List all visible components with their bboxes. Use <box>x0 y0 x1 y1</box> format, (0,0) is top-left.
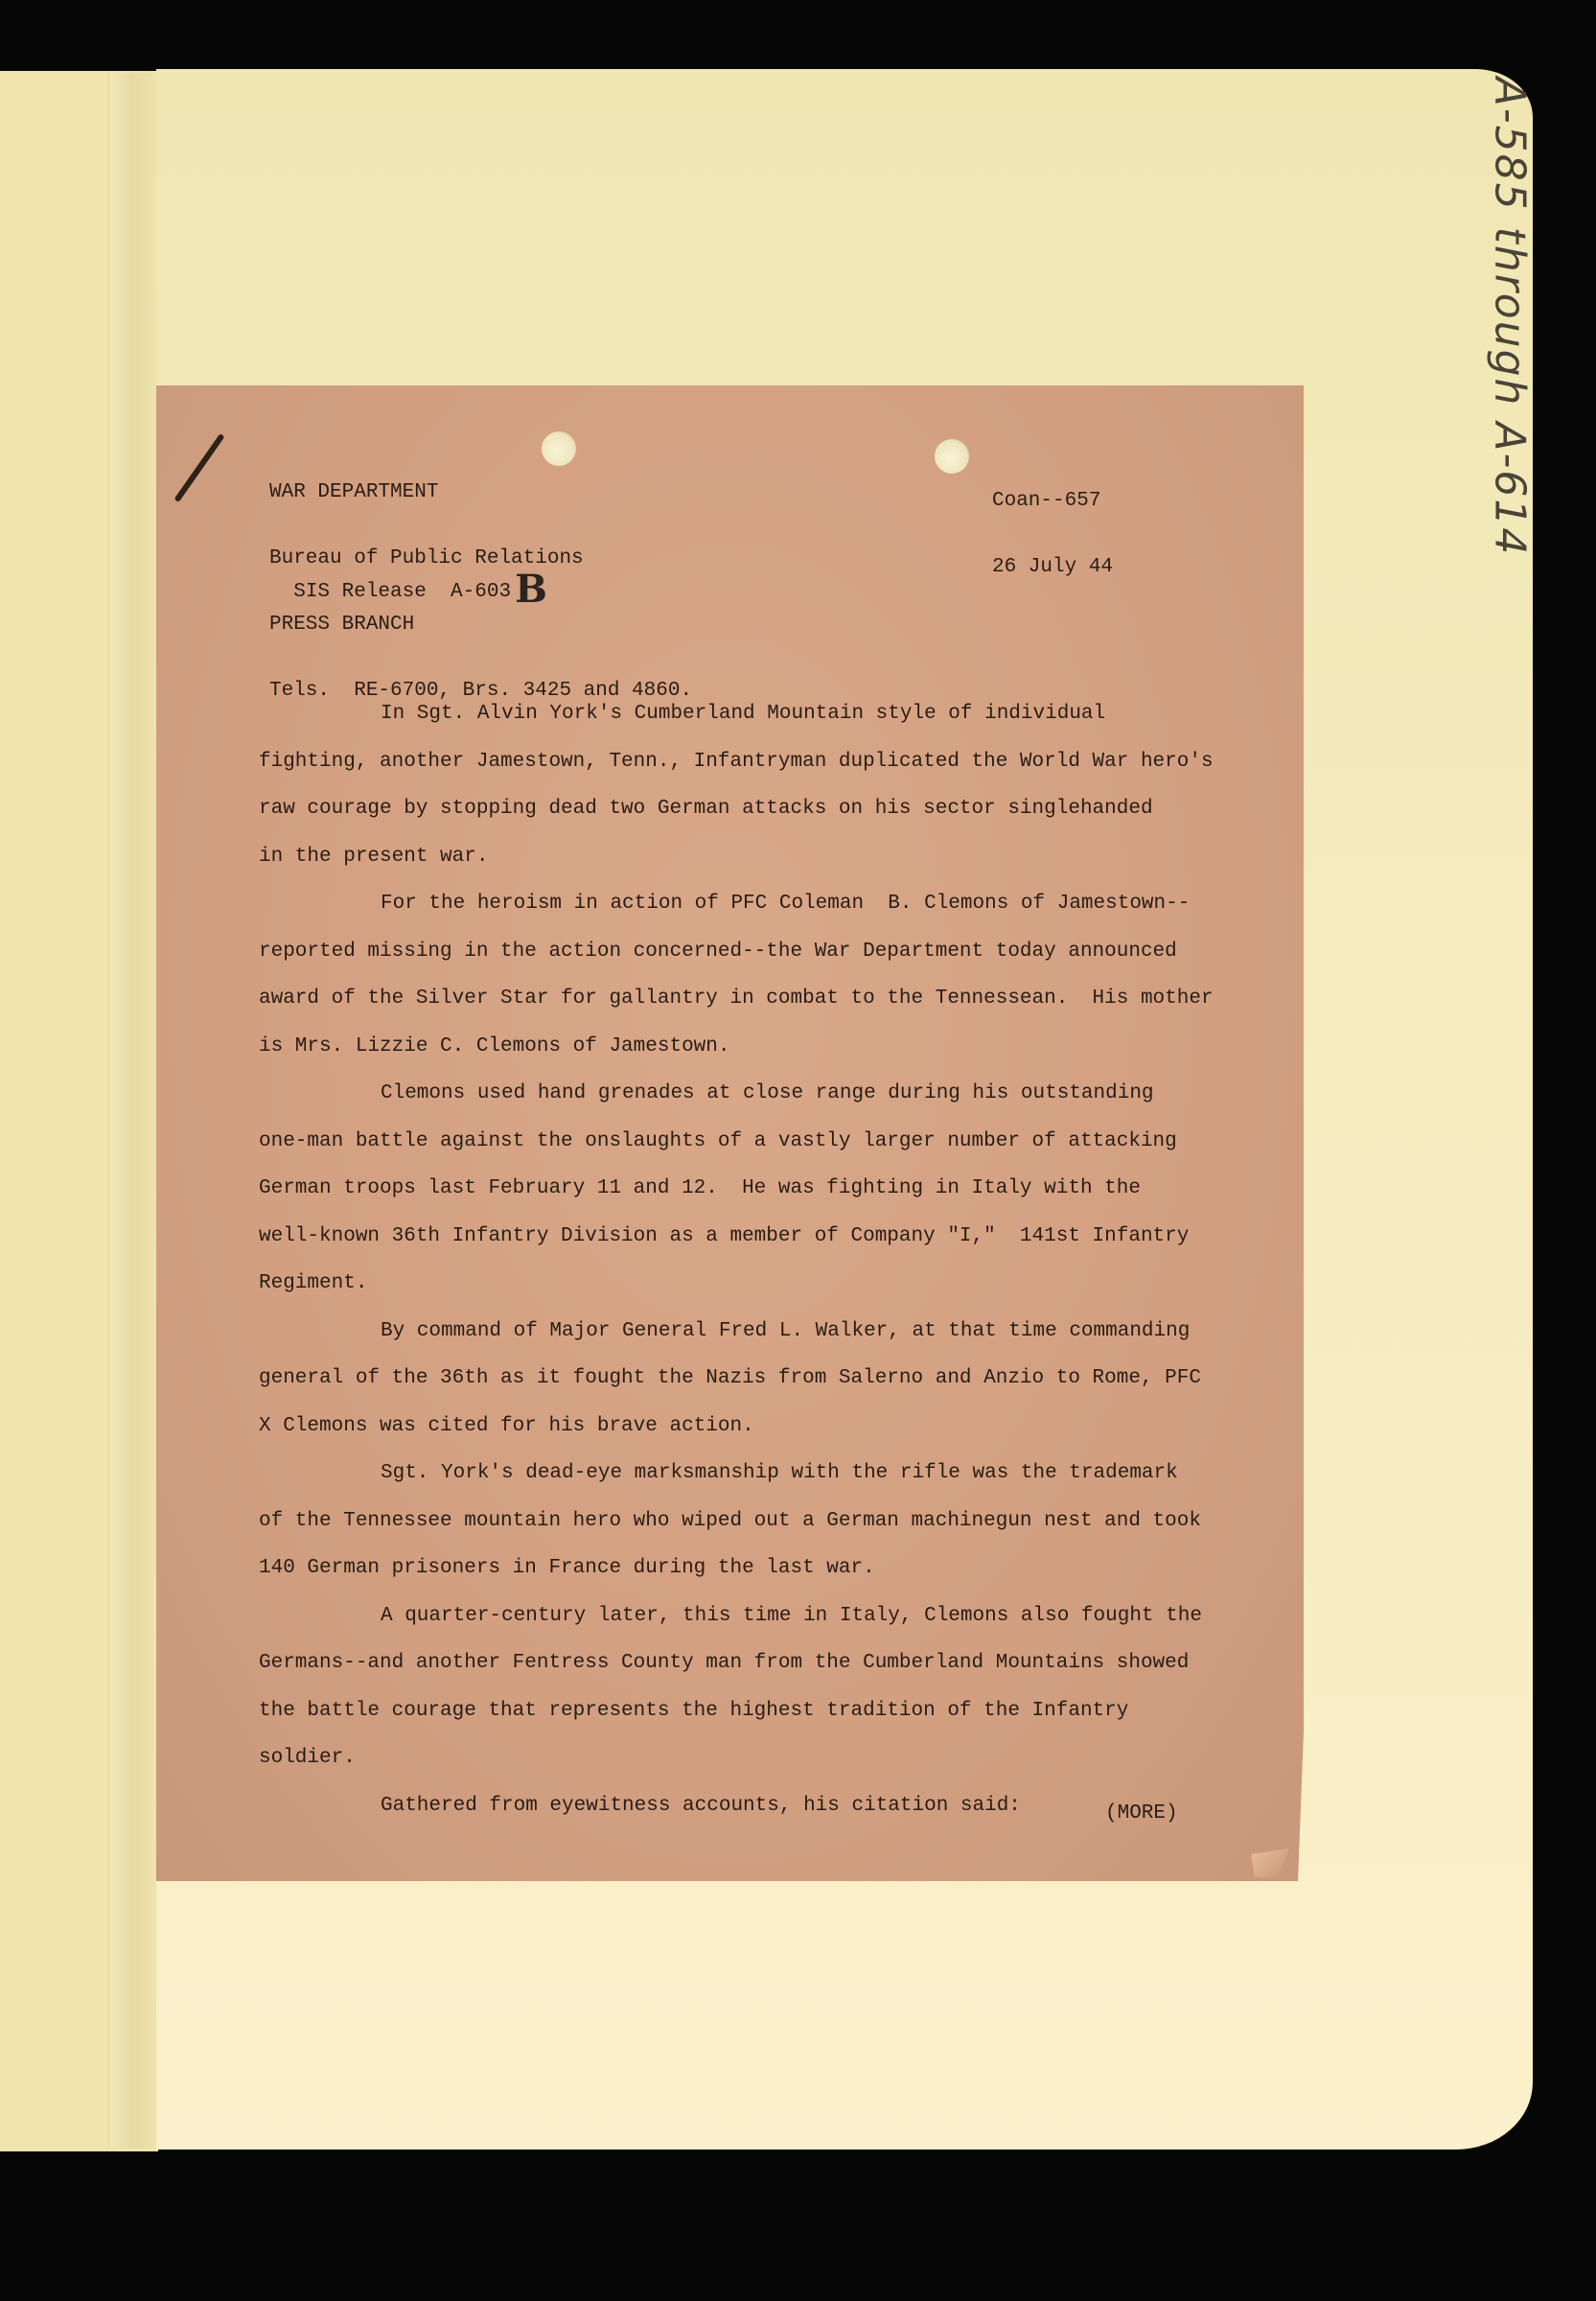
body-line: of the Tennessee mountain hero who wiped… <box>259 1510 1217 1558</box>
sis-release-line: SIS Release A-603B <box>269 556 547 603</box>
release-code: Coan--657 <box>992 490 1113 512</box>
folder-tab-label: A-585 through A-614 <box>1438 91 1582 542</box>
letterhead-branch: PRESS BRANCH <box>269 614 692 636</box>
body-line: Gathered from eyewitness accounts, his c… <box>259 1795 1217 1843</box>
release-body: In Sgt. Alvin York's Cumberland Mountain… <box>259 703 1217 1842</box>
body-line: Clemons used hand grenades at close rang… <box>259 1082 1217 1130</box>
body-line: Regiment. <box>259 1272 1217 1320</box>
body-line: In Sgt. Alvin York's Cumberland Mountain… <box>259 703 1217 751</box>
folder-crease <box>108 73 159 2149</box>
folder-label-text: A-585 through A-614 <box>1486 77 1535 556</box>
body-line: Germans--and another Fentress County man… <box>259 1652 1217 1700</box>
body-line: A quarter-century later, this time in It… <box>259 1605 1217 1653</box>
body-line: soldier. <box>259 1747 1217 1795</box>
body-line: reported missing in the action concerned… <box>259 941 1217 988</box>
sis-release-label: SIS Release A-603 <box>293 581 511 603</box>
body-line: award of the Silver Star for gallantry i… <box>259 988 1217 1035</box>
release-info: Coan--657 26 July 44 <box>992 446 1113 600</box>
body-line: general of the 36th as it fought the Naz… <box>259 1367 1217 1415</box>
body-line: Sgt. York's dead-eye marksmanship with t… <box>259 1462 1217 1510</box>
body-line: By command of Major General Fred L. Walk… <box>259 1320 1217 1368</box>
handwritten-b-mark: B <box>515 567 547 612</box>
release-date: 26 July 44 <box>992 556 1113 578</box>
body-line: raw courage by stopping dead two German … <box>259 798 1217 846</box>
letterhead-department: WAR DEPARTMENT <box>269 481 692 503</box>
body-line: German troops last February 11 and 12. H… <box>259 1177 1217 1225</box>
body-line: fighting, another Jamestown, Tenn., Infa… <box>259 751 1217 799</box>
body-line: 140 German prisoners in France during th… <box>259 1557 1217 1605</box>
body-line: one-man battle against the onslaughts of… <box>259 1130 1217 1178</box>
body-line: in the present war. <box>259 846 1217 894</box>
continuation-marker: (MORE) <box>1105 1802 1178 1825</box>
body-line: X Clemons was cited for his brave action… <box>259 1415 1217 1463</box>
body-line: is Mrs. Lizzie C. Clemons of Jamestown. <box>259 1035 1217 1083</box>
letterhead-phones: Tels. RE-6700, Brs. 3425 and 4860. <box>269 680 692 702</box>
body-line: the battle courage that represents the h… <box>259 1700 1217 1748</box>
body-line: For the heroism in action of PFC Coleman… <box>259 893 1217 941</box>
punch-hole-icon <box>935 439 969 474</box>
body-line: well-known 36th Infantry Division as a m… <box>259 1225 1217 1273</box>
